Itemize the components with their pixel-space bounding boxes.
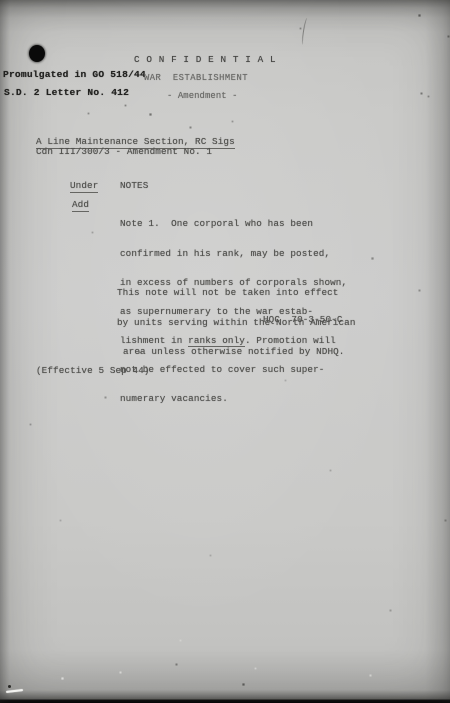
note-line: Note 1. One corporal who has been (120, 219, 347, 229)
paper-speckles-light (0, 0, 1, 1)
effective-date: (Effective 5 Sep 44) (36, 366, 150, 376)
column-header-under-text: Under (70, 180, 98, 193)
amendment-label: - Amendment - (167, 92, 238, 102)
paper-scratch-mark (301, 18, 312, 46)
note-line: numerary vacancies. (120, 394, 347, 404)
note-line: This note will not be taken into effect (117, 288, 356, 298)
bottom-ink-dot (8, 685, 11, 688)
promulgation-stamp: Promulgated in GO 518/44 (3, 70, 146, 80)
document-page: C O N F I D E N T I A L Promulgated in G… (0, 0, 450, 703)
letter-number-stamp: S.D. 2 Letter No. 412 (4, 88, 129, 98)
action-cell-text: Add (72, 199, 89, 212)
action-cell: Add (72, 200, 89, 210)
column-header-notes: NOTES (120, 181, 148, 191)
reference-line: Cdn III/300/3 - Amendment No. 1 (36, 147, 212, 157)
punch-hole (29, 45, 45, 62)
classification-header: C O N F I D E N T I A L (134, 55, 276, 65)
note-line: area unless otherwise notified by NDHQ. (117, 347, 356, 357)
bottom-white-mark (6, 689, 23, 693)
note-line: confirmed in his rank, may be posted, (120, 249, 347, 259)
column-header-under: Under (70, 181, 98, 191)
file-reference: HQC 70-3-50-C (263, 315, 343, 325)
war-establishment-label: WAR ESTABLISHMENT (144, 74, 248, 84)
